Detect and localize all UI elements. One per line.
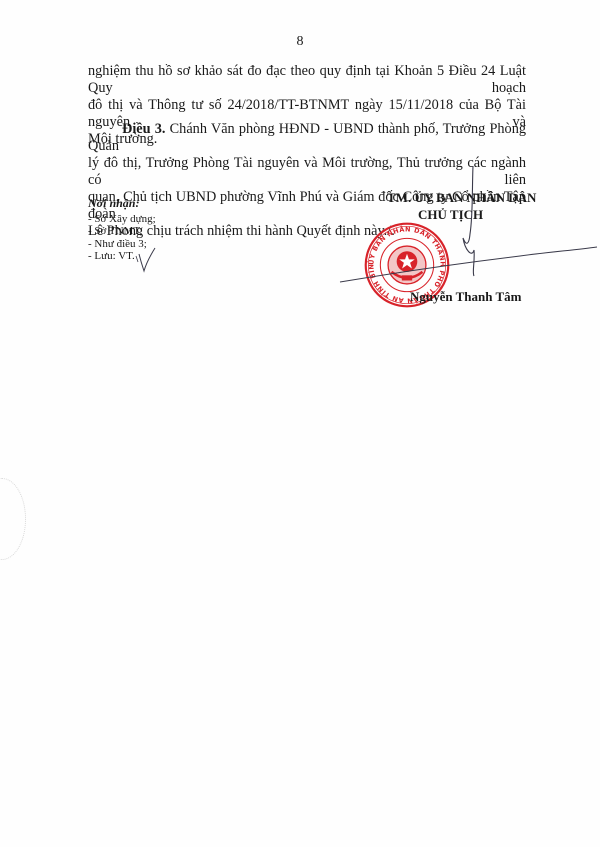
text-line: Điều 3. Chánh Văn phòng HĐND - UBND thàn…	[88, 121, 526, 155]
recipient-item: - Lưu: VT.	[88, 250, 156, 263]
recipient-item: - Sở Xây dựng;	[88, 213, 156, 226]
recipient-item: - Như điều 3;	[88, 238, 156, 251]
page-number: 8	[0, 34, 600, 50]
document-page: 8 nghiệm thu hồ sơ khảo sát đo đạc theo …	[0, 0, 600, 847]
article-label: Điều 3.	[122, 121, 165, 137]
text-line: nghiệm thu hồ sơ khảo sát đo đạc theo qu…	[88, 63, 526, 97]
recipient-item: - Sở TNMT;	[88, 225, 156, 238]
text-line: lý đô thị, Trưởng Phòng Tài nguyên và Mô…	[88, 155, 526, 189]
recipients-block: Nơi nhận: - Sở Xây dựng; - Sở TNMT; - Nh…	[88, 197, 156, 263]
bleed-through-stamp	[0, 478, 26, 560]
signer-name: Nguyễn Thanh Tâm	[410, 289, 522, 305]
signer-position: CHỦ TỊCH	[418, 207, 483, 223]
signer-organization: TM. ỦY BAN NHÂN DÂN	[387, 190, 536, 206]
recipients-title: Nơi nhận:	[88, 197, 156, 210]
